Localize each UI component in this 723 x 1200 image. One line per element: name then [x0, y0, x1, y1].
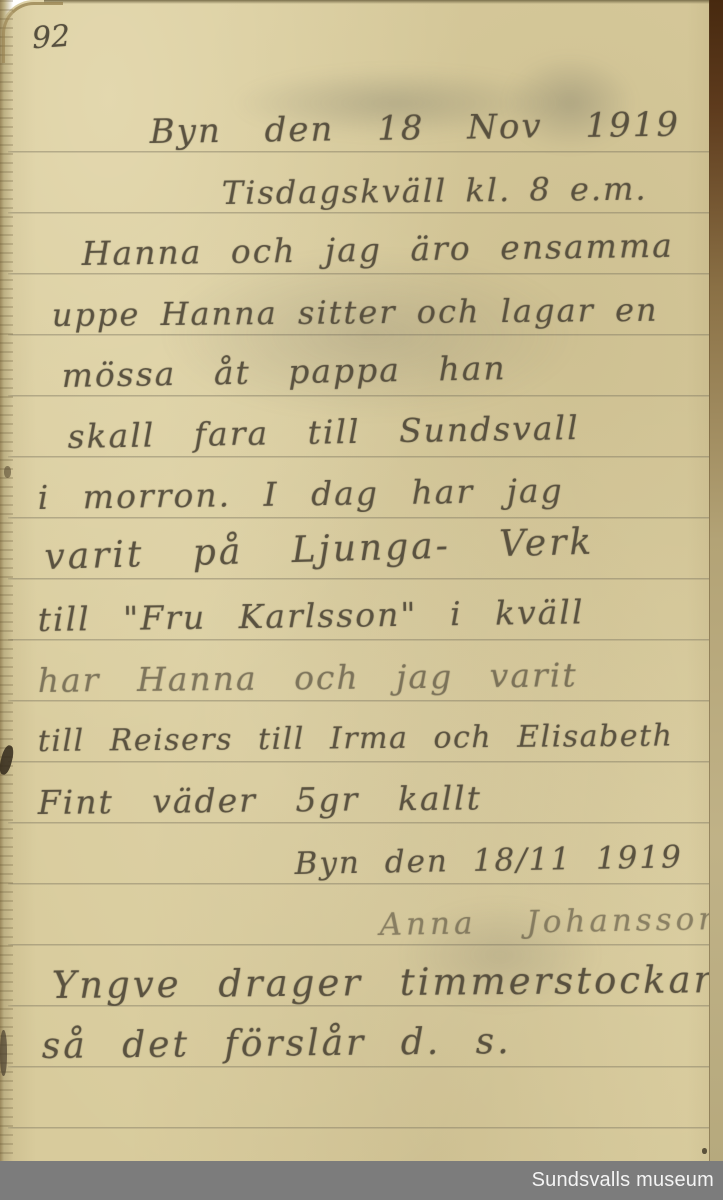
binding-stain — [4, 466, 11, 478]
diary-line-time: Tisdagskväll kl. 8 e.m. — [222, 169, 648, 213]
binding-edge — [0, 0, 13, 1200]
diary-line: har Hanna och jag varit — [38, 655, 578, 701]
diary-line: till "Fru Karlsson" i kväll — [37, 592, 584, 640]
binding-stain — [0, 1030, 7, 1076]
diary-line: så det förslår d. s. — [42, 1022, 512, 1067]
diary-line: Fint väder 5gr kallt — [38, 778, 483, 823]
diary-line: mössa åt pappa han — [61, 348, 507, 396]
page-top-edge — [44, 0, 713, 4]
diary-line: Yngve drager timmerstockar — [52, 960, 715, 1006]
diary-line: i morron. I dag har jag — [37, 471, 564, 518]
paper-speck — [702, 1148, 707, 1154]
diary-line-date-header: Byn den 18 Nov 1919 — [149, 105, 680, 152]
scanned-diary-page: 92 Byn den 18 Nov 1919 Tisdagskväll kl. … — [0, 0, 723, 1200]
page-number: 92 — [31, 19, 72, 57]
museum-credit-text: Sundsvalls museum — [532, 1169, 714, 1192]
diary-line: Hanna och jag äro ensamma — [81, 226, 674, 274]
book-spine-edge — [709, 0, 723, 1200]
diary-line: till Reisers till Irma och Elisabeth — [38, 716, 674, 762]
diary-line: uppe Hanna sitter och lagar en — [52, 290, 659, 335]
diary-signature: Anna Johansson — [379, 899, 722, 945]
diary-line-date-footer: Byn den 18/11 1919 — [294, 837, 683, 884]
museum-credit-bar: Sundsvalls museum — [0, 1161, 723, 1200]
